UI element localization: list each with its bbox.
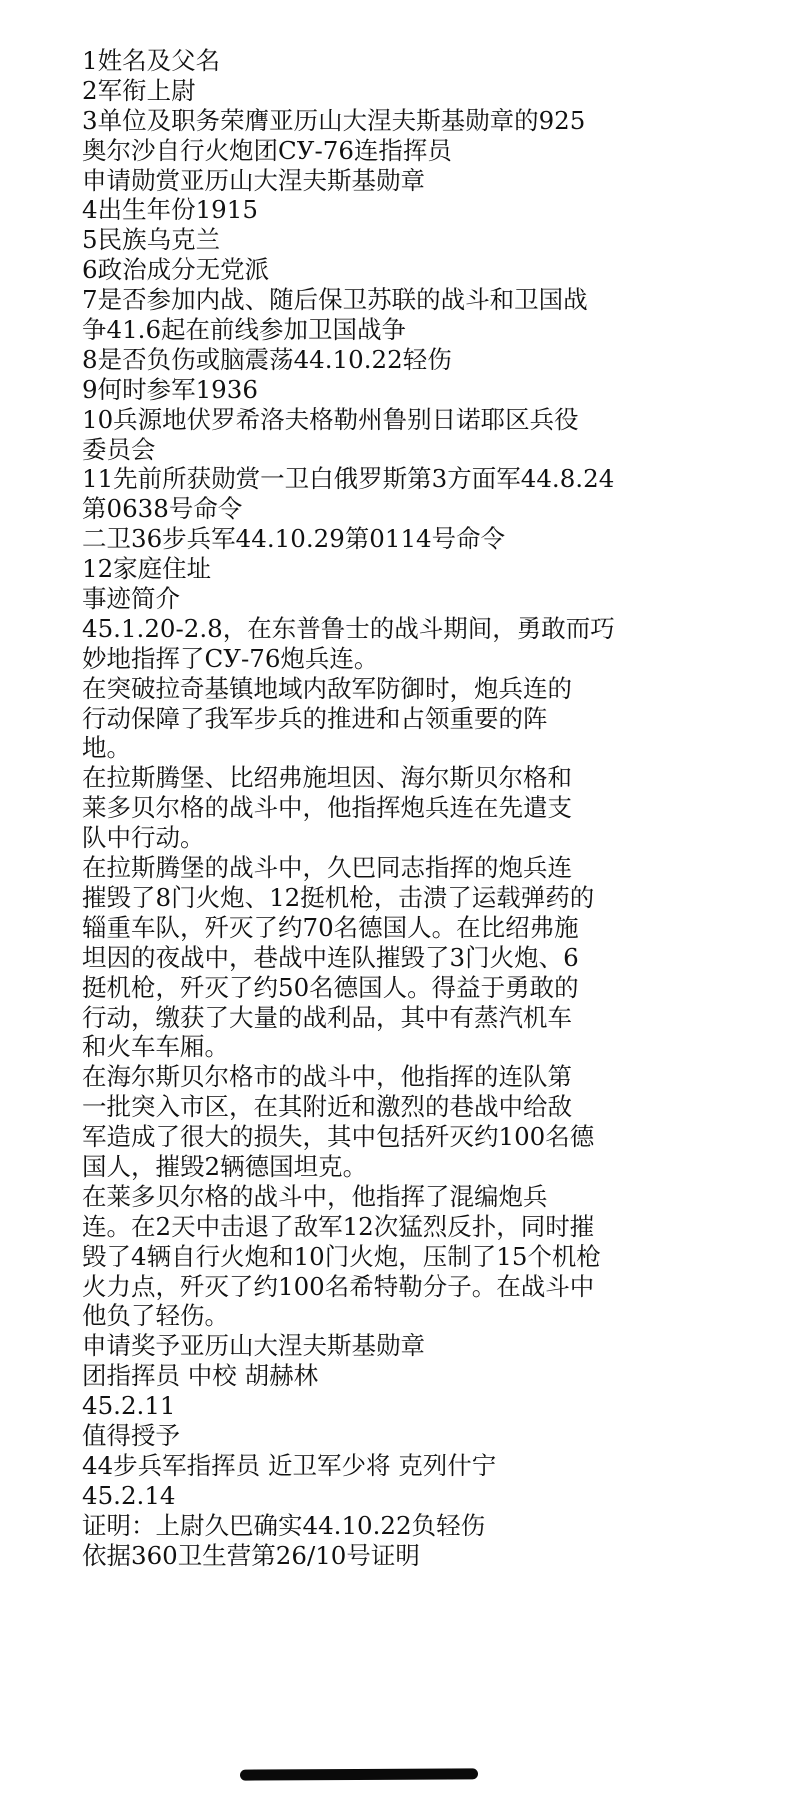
- narrative-line: 军造成了很大的损失，其中包括歼灭约100名德: [82, 1122, 602, 1152]
- narrative-line: 45.1.20-2.8，在东普鲁士的战斗期间，勇敢而巧: [82, 614, 602, 644]
- field-name: 1姓名及父名: [82, 46, 602, 76]
- field-birth-year: 4出生年份1915: [82, 195, 602, 225]
- field-home-address: 12家庭住址: [82, 554, 602, 584]
- field-unit-line-1: 3单位及职务荣膺亚历山大涅夫斯基勋章的925: [82, 106, 602, 136]
- document-body: 1姓名及父名 2军衔上尉 3单位及职务荣膺亚历山大涅夫斯基勋章的925 奥尔沙自…: [82, 46, 602, 1570]
- narrative-paragraph-1: 45.1.20-2.8，在东普鲁士的战斗期间，勇敢而巧 妙地指挥了СУ-76炮兵…: [82, 614, 602, 674]
- narrative-line: 国人，摧毁2辆德国坦克。: [82, 1152, 602, 1182]
- certificate-basis: 依据360卫生营第26/10号证明: [82, 1541, 602, 1571]
- narrative-line: 和火车车厢。: [82, 1032, 602, 1062]
- regiment-signature-date: 45.2.11: [82, 1391, 602, 1421]
- narrative-line: 坦因的夜战中，巷战中连队摧毁了3门火炮、6: [82, 943, 602, 973]
- field-draft-office-line-1: 10兵源地伏罗希洛夫格勒州鲁别日诺耶区兵役: [82, 405, 602, 435]
- field-war-service-line-2: 争41.6起在前线参加卫国战争: [82, 315, 602, 345]
- field-rank: 2军衔上尉: [82, 76, 602, 106]
- narrative-line: 摧毁了8门火炮、12挺机枪，击溃了运载弹药的: [82, 883, 602, 913]
- narrative-line: 地。: [82, 733, 602, 763]
- narrative-line: 辎重车队，歼灭了约70名德国人。在比绍弗施: [82, 913, 602, 943]
- narrative-paragraph-4: 在拉斯腾堡的战斗中，久巴同志指挥的炮兵连 摧毁了8门火炮、12挺机枪，击溃了运载…: [82, 853, 602, 1062]
- narrative-line: 火力点，歼灭了约100名希特勒分子。在战斗中: [82, 1272, 602, 1302]
- narrative-line: 毁了4辆自行火炮和10门火炮，压制了15个机枪: [82, 1242, 602, 1272]
- narrative-line: 在突破拉奇基镇地域内敌军防御时，炮兵连的: [82, 674, 602, 704]
- approval-verdict: 值得授予: [82, 1421, 602, 1451]
- narrative-paragraph-5: 在海尔斯贝尔格市的战斗中，他指挥的连队第 一批突入市区，在其附近和激烈的巷战中给…: [82, 1062, 602, 1182]
- field-enlistment: 9何时参军1936: [82, 375, 602, 405]
- narrative-paragraph-3: 在拉斯腾堡、比绍弗施坦因、海尔斯贝尔格和 莱多贝尔格的战斗中，他指挥炮兵连在先遣…: [82, 763, 602, 853]
- narrative-line: 妙地指挥了СУ-76炮兵连。: [82, 644, 602, 674]
- field-nationality: 5民族乌克兰: [82, 225, 602, 255]
- narrative-paragraph-6: 在莱多贝尔格的战斗中，他指挥了混编炮兵 连。在2天中击退了敌军12次猛烈反扑，同…: [82, 1182, 602, 1331]
- narrative-line: 在莱多贝尔格的战斗中，他指挥了混编炮兵: [82, 1182, 602, 1212]
- narrative-line: 他负了轻伤。: [82, 1301, 602, 1331]
- field-unit-line-2: 奥尔沙自行火炮团СУ-76连指挥员: [82, 136, 602, 166]
- narrative-line: 在拉斯腾堡、比绍弗施坦因、海尔斯贝尔格和: [82, 763, 602, 793]
- narrative-line: 在拉斯腾堡的战斗中，久巴同志指挥的炮兵连: [82, 853, 602, 883]
- field-wounds: 8是否负伤或脑震荡44.10.22轻伤: [82, 345, 602, 375]
- field-award-request: 申请勋赏亚历山大涅夫斯基勋章: [82, 166, 602, 196]
- field-party: 6政治成分无党派: [82, 255, 602, 285]
- field-prior-awards-line-2: 第0638号命令: [82, 494, 602, 524]
- wound-certificate: 证明：上尉久巴确实44.10.22负轻伤: [82, 1511, 602, 1541]
- field-draft-office-line-2: 委员会: [82, 435, 602, 465]
- field-prior-awards-line-1: 11先前所获勋赏一卫白俄罗斯第3方面军44.8.24: [82, 464, 602, 494]
- corps-signature-date: 45.2.14: [82, 1481, 602, 1511]
- field-prior-awards-line-3: 二卫36步兵军44.10.29第0114号命令: [82, 524, 602, 554]
- corps-commander-signature: 44步兵军指挥员 近卫军少将 克列什宁: [82, 1451, 602, 1481]
- narrative-line: 一批突入市区，在其附近和激烈的巷战中给敌: [82, 1092, 602, 1122]
- regiment-commander-signature: 团指挥员 中校 胡赫林: [82, 1361, 602, 1391]
- narrative-line: 莱多贝尔格的战斗中，他指挥炮兵连在先遣支: [82, 793, 602, 823]
- redaction-scribble: [240, 1768, 478, 1780]
- narrative-line: 队中行动。: [82, 823, 602, 853]
- narrative-line: 行动保障了我军步兵的推进和占领重要的阵: [82, 704, 602, 734]
- narrative-line: 在海尔斯贝尔格市的战斗中，他指挥的连队第: [82, 1062, 602, 1092]
- narrative-paragraph-2: 在突破拉奇基镇地域内敌军防御时，炮兵连的 行动保障了我军步兵的推进和占领重要的阵…: [82, 674, 602, 764]
- award-request-statement: 申请奖予亚历山大涅夫斯基勋章: [82, 1331, 602, 1361]
- narrative-line: 挺机枪，歼灭了约50名德国人。得益于勇敢的: [82, 973, 602, 1003]
- section-heading-deeds: 事迹简介: [82, 584, 602, 614]
- field-war-service-line-1: 7是否参加内战、随后保卫苏联的战斗和卫国战: [82, 285, 602, 315]
- narrative-line: 连。在2天中击退了敌军12次猛烈反扑，同时摧: [82, 1212, 602, 1242]
- narrative-line: 行动，缴获了大量的战利品，其中有蒸汽机车: [82, 1003, 602, 1033]
